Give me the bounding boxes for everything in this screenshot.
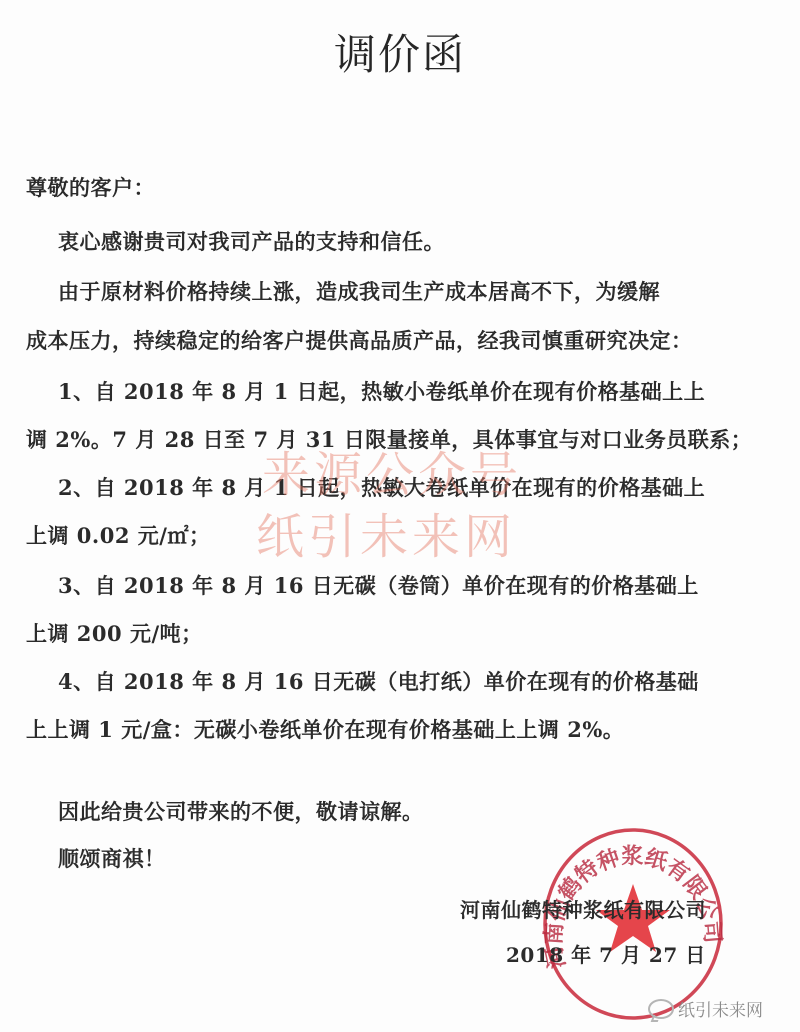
- item-3-line-1: 3、自 2018 年 8 月 16 日无碳（卷筒）单价在现有的价格基础上: [58, 570, 699, 600]
- closing-apology: 因此给贵公司带来的不便，敬请谅解。: [58, 796, 424, 826]
- document-title: 调价函: [0, 22, 800, 82]
- reason-paragraph-line-1: 由于原材料价格持续上涨，造成我司生产成本居高不下，为缓解: [58, 276, 660, 306]
- thanks-paragraph: 衷心感谢贵司对我司产品的支持和信任。: [58, 226, 445, 256]
- item-2-line-2: 上调 0.02 元/㎡；: [26, 520, 210, 550]
- item-1-line-1: 1、自 2018 年 8 月 1 日起，热敏小卷纸单价在现有价格基础上上: [58, 376, 705, 406]
- signature-company: 河南仙鹤特种浆纸有限公司: [460, 894, 706, 923]
- item-4-line-2: 上上调 1 元/盒：无碳小卷纸单价在现有价格基础上上调 2%。: [26, 714, 624, 744]
- salutation: 尊敬的客户：: [26, 172, 155, 202]
- closing-regards: 顺颂商祺！: [58, 843, 166, 873]
- watermark-site-name: 纸引未来网: [256, 498, 516, 567]
- corner-watermark-logo: 纸引未来网: [648, 996, 763, 1021]
- letter-page: 调价函 尊敬的客户： 衷心感谢贵司对我司产品的支持和信任。 由于原材料价格持续上…: [0, 0, 800, 1032]
- item-2-line-1: 2、自 2018 年 8 月 1 日起，热敏大卷纸单价在现有的价格基础上: [58, 472, 705, 502]
- item-4-line-1: 4、自 2018 年 8 月 16 日无碳（电打纸）单价在现有的价格基础: [58, 666, 699, 696]
- corner-logo-text: 纸引未来网: [678, 996, 763, 1021]
- signature-date: 2018 年 7 月 27 日: [506, 939, 706, 968]
- chat-bubble-icon: [648, 999, 674, 1019]
- item-3-line-2: 上调 200 元/吨；: [26, 618, 203, 648]
- reason-paragraph-line-2: 成本压力，持续稳定的给客户提供高品质产品，经我司慎重研究决定：: [26, 325, 693, 355]
- item-1-line-2: 调 2%。7 月 28 日至 7 月 31 日限量接单，具体事宜与对口业务员联系…: [26, 424, 752, 454]
